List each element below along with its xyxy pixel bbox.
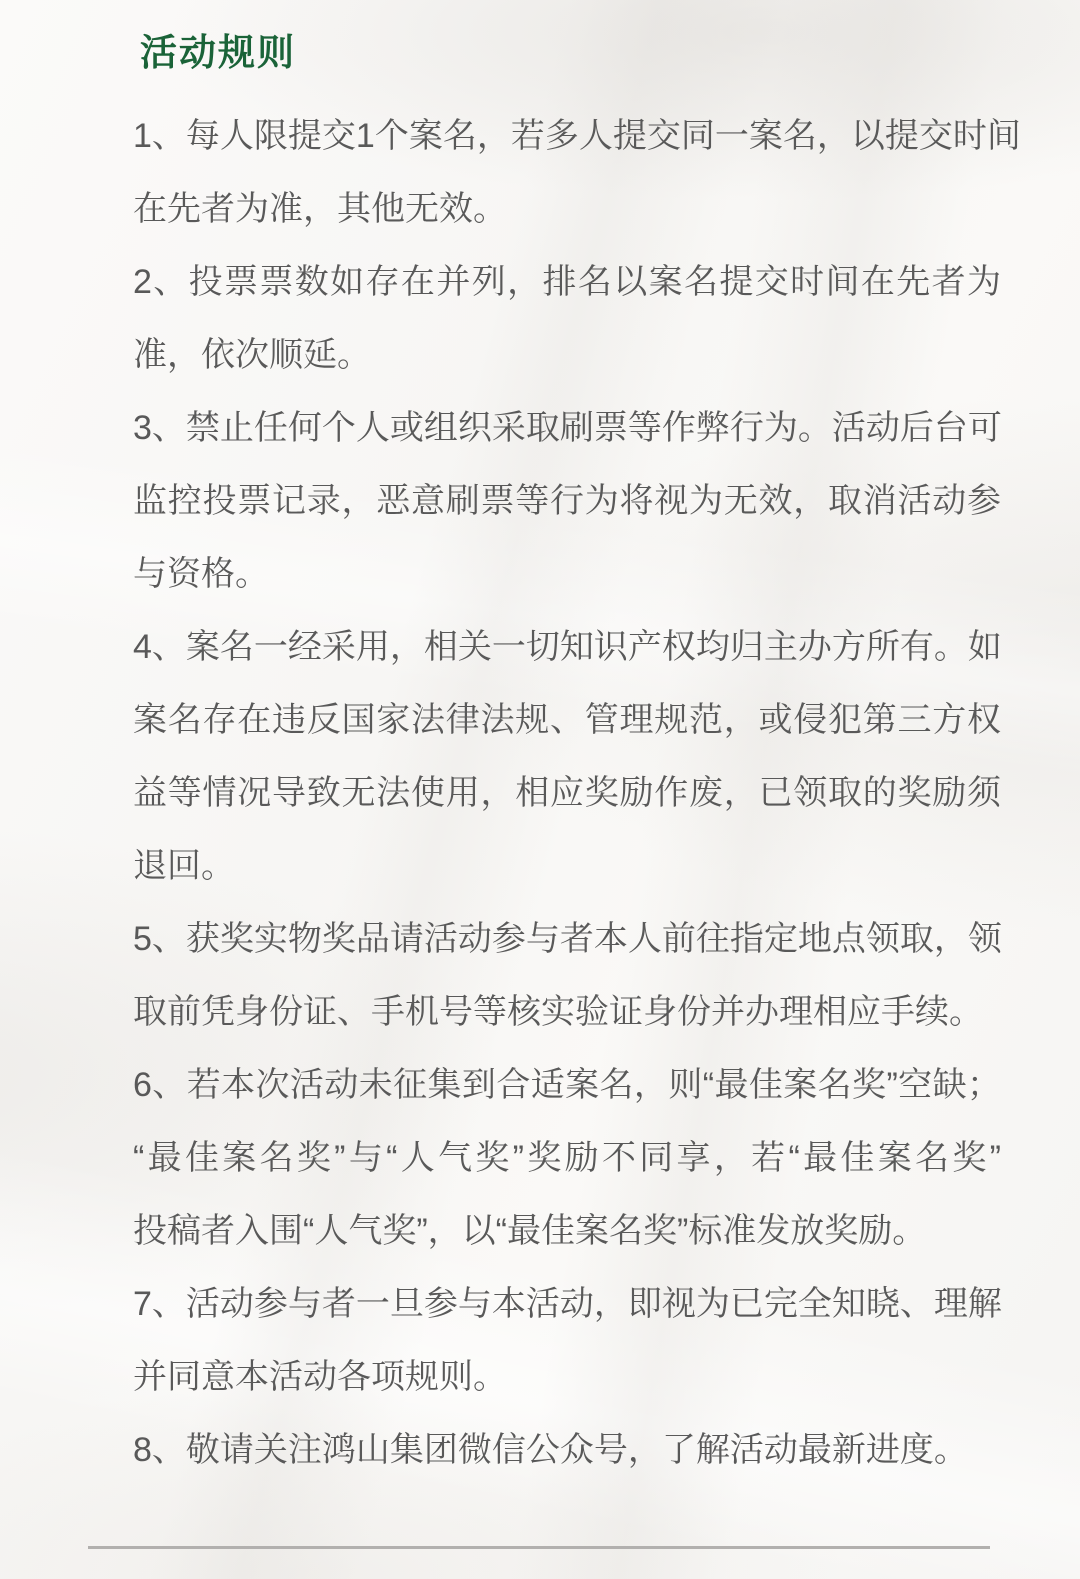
rule-paragraph-7: 7、活动参与者一旦参与本活动，即视为已完全知晓、理解并同意本活动各项规则。: [133, 1268, 1001, 1414]
rule-paragraph-2: 2、投票票数如存在并列，排名以案名提交时间在先者为准，依次顺延。: [133, 246, 1001, 392]
rule-2-line-2: 准，依次顺延。: [133, 319, 1001, 392]
rule-paragraph-8: 8、敬请关注鸿山集团微信公众号，了解活动最新进度。: [133, 1414, 1001, 1487]
rule-3-line-2: 监控投票记录，恶意刷票等行为将视为无效，取消活动参: [133, 465, 1001, 538]
rule-paragraph-6: 6、若本次活动未征集到合适案名，则“最佳案名奖”空缺；“最佳案名奖”与“人气奖”…: [133, 1049, 1001, 1268]
rule-8-line-1: 8、敬请关注鸿山集团微信公众号，了解活动最新进度。: [133, 1414, 1001, 1487]
rule-paragraph-1: 1、每人限提交1个案名，若多人提交同一案名，以提交时间在先者为准，其他无效。: [133, 100, 1001, 246]
rules-list: 1、每人限提交1个案名，若多人提交同一案名，以提交时间在先者为准，其他无效。2、…: [133, 100, 1001, 1487]
rule-3-line-1: 3、禁止任何个人或组织采取刷票等作弊行为。活动后台可: [133, 392, 1001, 465]
rule-7-line-1: 7、活动参与者一旦参与本活动，即视为已完全知晓、理解: [133, 1268, 1001, 1341]
rule-4-line-4: 退回。: [133, 830, 1001, 903]
rule-3-line-3: 与资格。: [133, 538, 1001, 611]
rule-paragraph-3: 3、禁止任何个人或组织采取刷票等作弊行为。活动后台可监控投票记录，恶意刷票等行为…: [133, 392, 1001, 611]
rule-4-line-2: 案名存在违反国家法律法规、管理规范，或侵犯第三方权: [133, 684, 1001, 757]
rule-6-line-3: 投稿者入围“人气奖”，以“最佳案名奖”标准发放奖励。: [133, 1195, 1001, 1268]
bottom-divider: [88, 1546, 990, 1549]
rule-1-line-2: 在先者为准，其他无效。: [133, 173, 1001, 246]
rule-4-line-1: 4、案名一经采用，相关一切知识产权均归主办方所有。如: [133, 611, 1001, 684]
rule-6-line-1: 6、若本次活动未征集到合适案名，则“最佳案名奖”空缺；: [133, 1049, 1001, 1122]
activity-rules-page: 活动规则 1、每人限提交1个案名，若多人提交同一案名，以提交时间在先者为准，其他…: [0, 0, 1080, 1579]
rule-4-line-3: 益等情况导致无法使用，相应奖励作废，已领取的奖励须: [133, 757, 1001, 830]
rule-paragraph-4: 4、案名一经采用，相关一切知识产权均归主办方所有。如案名存在违反国家法律法规、管…: [133, 611, 1001, 903]
rule-paragraph-5: 5、获奖实物奖品请活动参与者本人前往指定地点领取，领取前凭身份证、手机号等核实验…: [133, 903, 1001, 1049]
rule-1-line-1: 1、每人限提交1个案名，若多人提交同一案名，以提交时间: [133, 100, 1001, 173]
rule-5-line-2: 取前凭身份证、手机号等核实验证身份并办理相应手续。: [133, 976, 1001, 1049]
rule-5-line-1: 5、获奖实物奖品请活动参与者本人前往指定地点领取，领: [133, 903, 1001, 976]
rule-7-line-2: 并同意本活动各项规则。: [133, 1341, 1001, 1414]
rule-2-line-1: 2、投票票数如存在并列，排名以案名提交时间在先者为: [133, 246, 1001, 319]
rule-6-line-2: “最佳案名奖”与“人气奖”奖励不同享，若“最佳案名奖”: [133, 1122, 1001, 1195]
page-title: 活动规则: [140, 33, 296, 73]
